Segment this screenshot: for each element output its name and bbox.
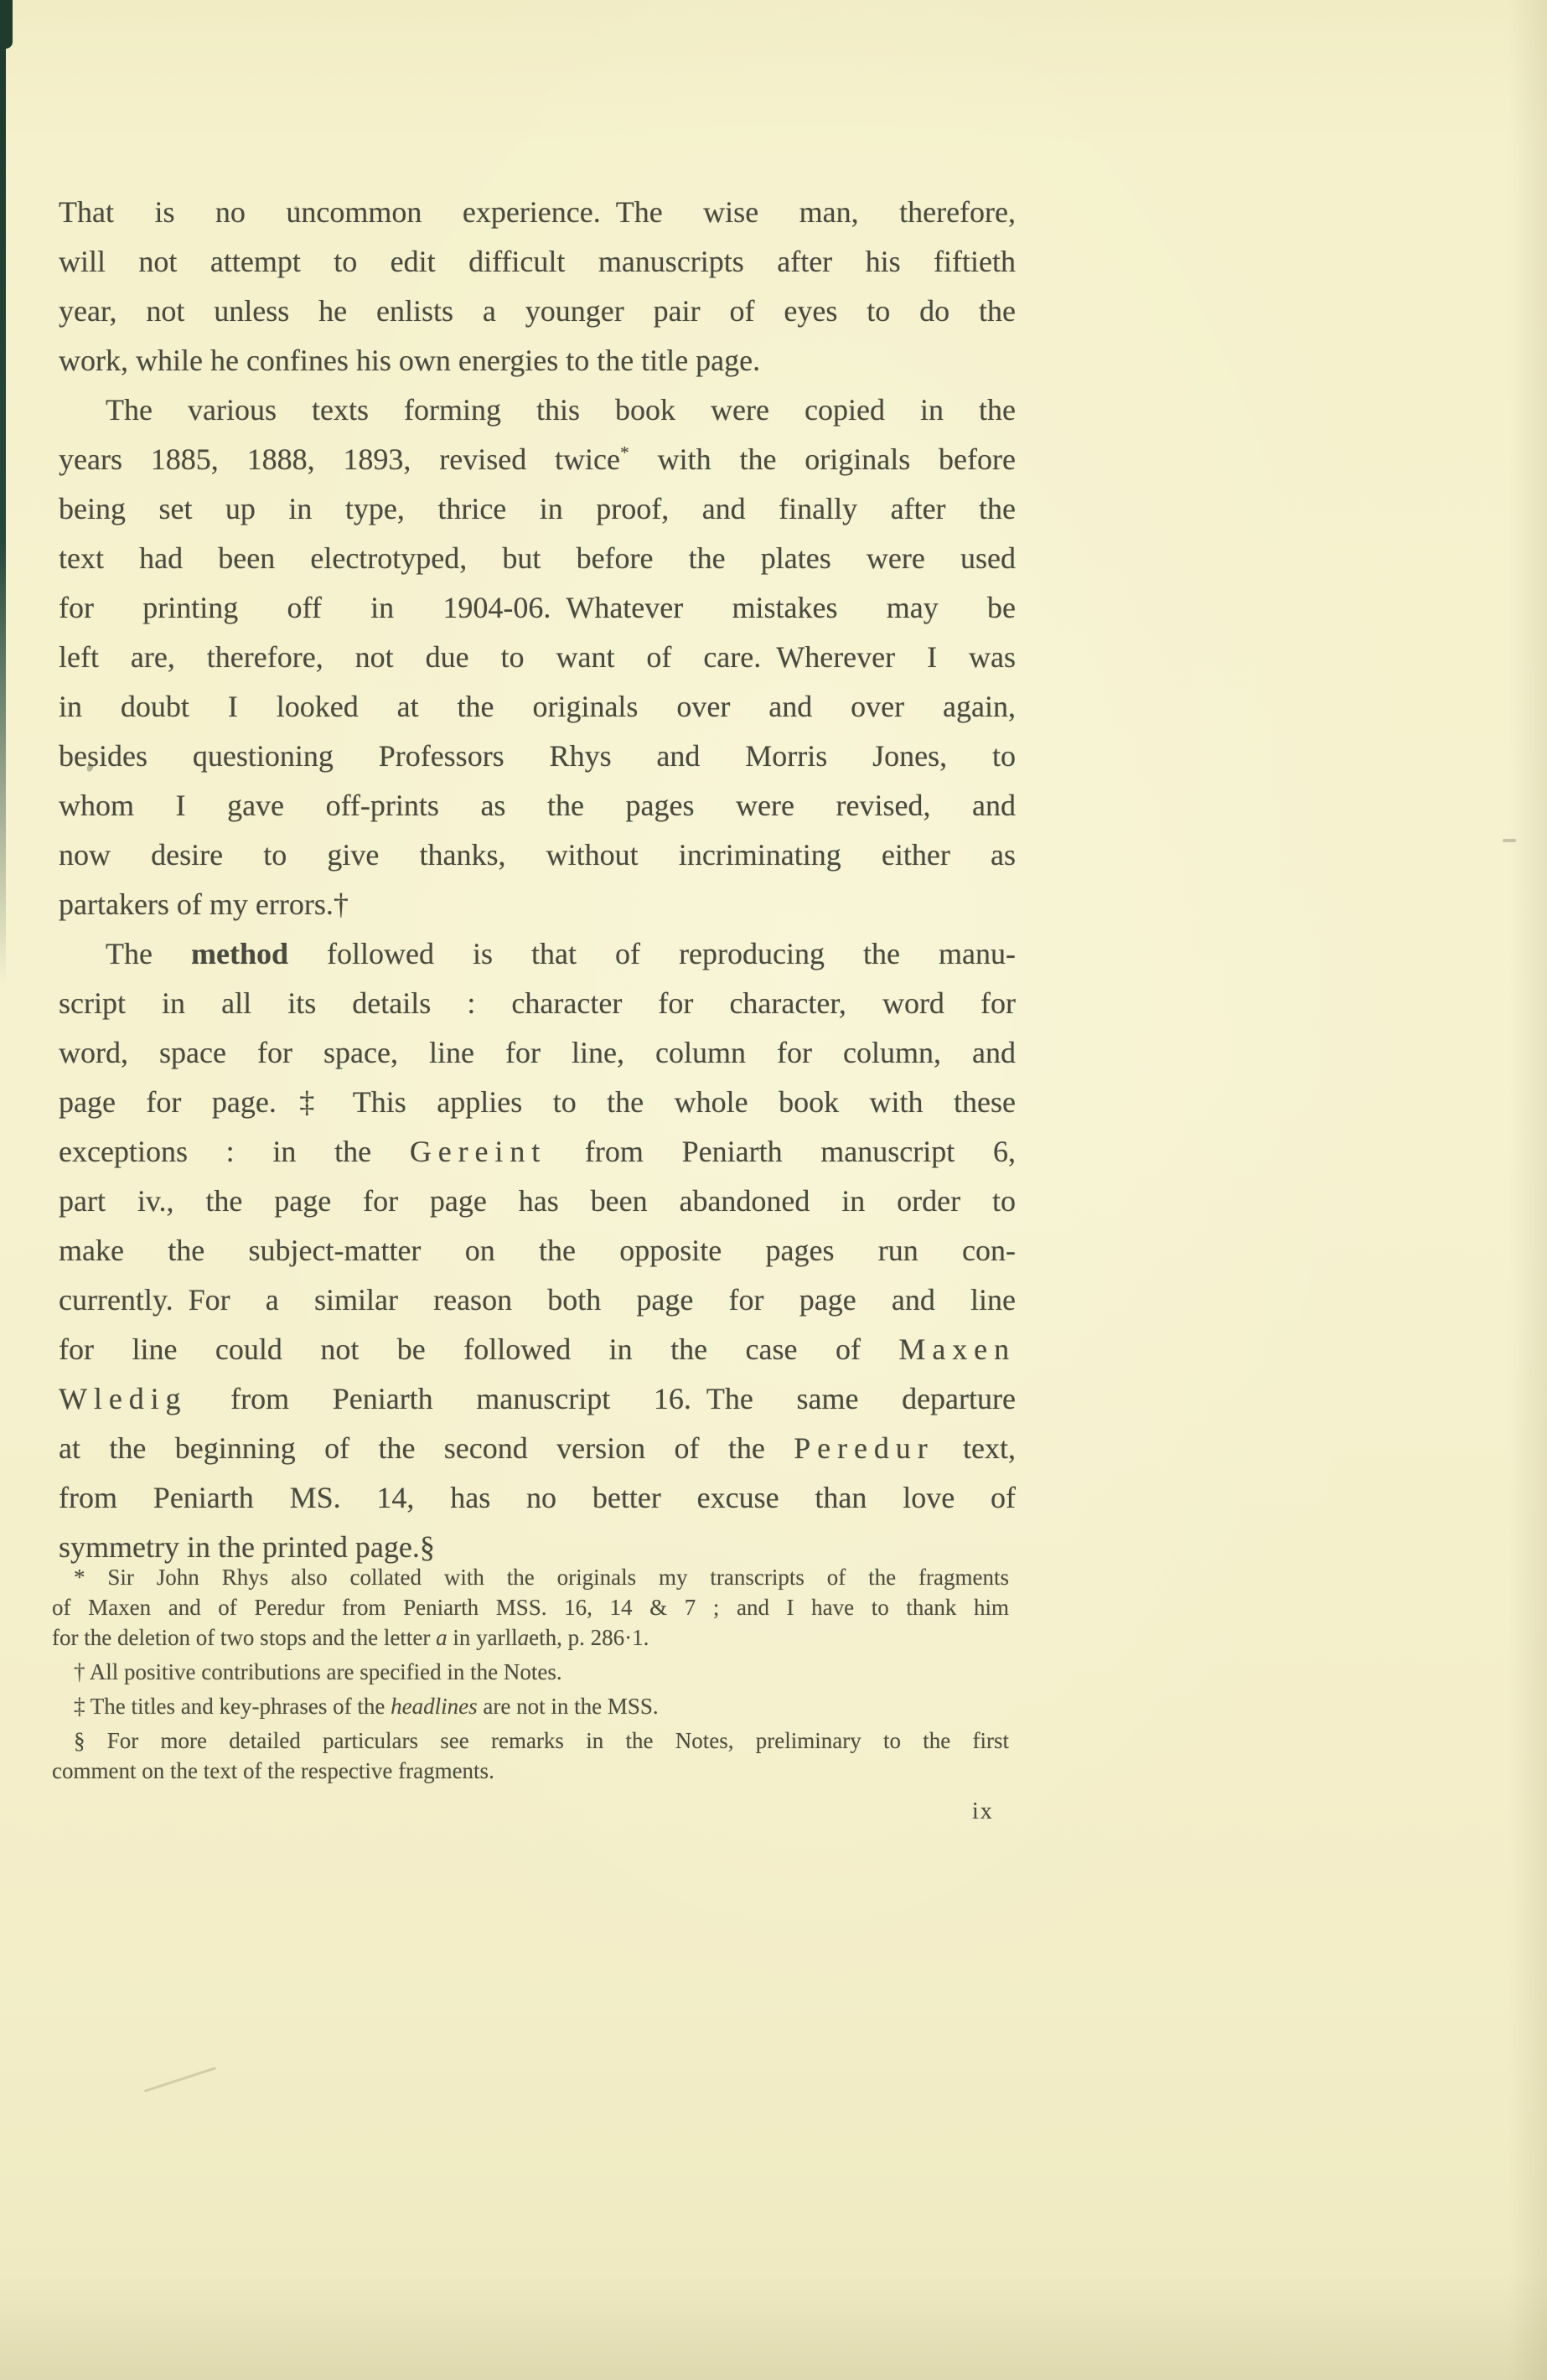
text-emphasis: Gereint	[410, 1135, 546, 1168]
text-line: years 1885, 1888, 1893, revised twice* w…	[59, 435, 1016, 484]
text-run: besides questioning Professors Rhys and …	[59, 739, 1016, 773]
text-line: will not attempt to edit difficult manus…	[59, 237, 1016, 287]
text-line: exceptions : in the Gereint from Peniart…	[59, 1127, 1016, 1177]
text-line: for the deletion of two stops and the le…	[52, 1622, 1009, 1653]
text-line: § For more detailed particulars see rema…	[52, 1725, 1009, 1756]
text-run: in doubt I looked at the originals over …	[59, 690, 1016, 723]
text-run: now desire to give thanks, without incri…	[59, 838, 1016, 872]
text-line: comment on the text of the respective fr…	[52, 1756, 1009, 1786]
text-line: text had been electrotyped, but before t…	[59, 534, 1016, 583]
text-line: page for page.‡ This applies to the whol…	[59, 1078, 1016, 1127]
text-emphasis: Peredur	[794, 1431, 934, 1465]
text-emphasis: headlines	[391, 1694, 477, 1719]
text-run: eth, p. 286·1.	[529, 1625, 649, 1650]
book-page-scan: That is no uncommon experience. The wise…	[0, 0, 1547, 2380]
text-run: exceptions : in the	[59, 1135, 410, 1168]
text-run: in yarll	[448, 1625, 518, 1650]
text-run: for the deletion of two stops and the le…	[52, 1625, 436, 1650]
text-run: page for page.‡ This applies to the whol…	[59, 1085, 1016, 1119]
text-run: comment on the text of the respective fr…	[52, 1758, 494, 1783]
text-line: besides questioning Professors Rhys and …	[59, 732, 1016, 781]
text-run: make the subject-matter on the opposite …	[59, 1234, 1016, 1267]
scan-binding-corner	[0, 0, 13, 49]
preface-body-text: That is no uncommon experience. The wise…	[59, 188, 1016, 1572]
footnote: * Sir John Rhys also collated with the o…	[52, 1562, 1009, 1653]
text-run: word, space for space, line for line, co…	[59, 1036, 1016, 1069]
footnote: ‡ The titles and key-phrases of the head…	[52, 1691, 1009, 1721]
text-run: The	[106, 937, 191, 970]
text-run: from Peniarth manuscript 6,	[546, 1135, 1016, 1168]
footnote: § For more detailed particulars see rema…	[52, 1725, 1009, 1786]
text-emphasis: Maxen	[898, 1332, 1016, 1366]
page-edge-shadow-bottom	[0, 2271, 1547, 2380]
text-run: years 1885, 1888, 1893, revised twice	[59, 442, 620, 476]
text-run: from Peniarth manuscript 16. The same de…	[187, 1382, 1016, 1415]
text-line: * Sir John Rhys also collated with the o…	[52, 1562, 1009, 1592]
text-line: at the beginning of the second version o…	[59, 1424, 1016, 1473]
text-run: text had been electrotyped, but before t…	[59, 541, 1016, 575]
text-run: work, while he confines his own energies…	[59, 344, 760, 377]
text-line: The method followed is that of reproduci…	[59, 929, 1016, 979]
text-run: for line could not be followed in the ca…	[59, 1332, 898, 1366]
footnote: † All positive contributions are specifi…	[52, 1657, 1009, 1687]
text-line: now desire to give thanks, without incri…	[59, 830, 1016, 880]
text-run: That is no uncommon experience. The wise…	[59, 195, 1016, 229]
text-line: script in all its details : character fo…	[59, 979, 1016, 1028]
text-line: for printing off in 1904-06. Whatever mi…	[59, 583, 1016, 633]
text-line: part iv., the page for page has been aba…	[59, 1177, 1016, 1226]
text-run: currently. For a similar reason both pag…	[59, 1283, 1016, 1317]
text-line: for line could not be followed in the ca…	[59, 1325, 1016, 1374]
text-run: text,	[934, 1431, 1016, 1465]
text-run: year, not unless he enlists a younger pa…	[59, 294, 1016, 328]
text-run: at the beginning of the second version o…	[59, 1431, 794, 1465]
text-line: left are, therefore, not due to want of …	[59, 633, 1016, 682]
text-run: ‡ The titles and key-phrases of the	[74, 1694, 391, 1719]
text-line: † All positive contributions are specifi…	[52, 1657, 1009, 1687]
text-run: § For more detailed particulars see rema…	[74, 1728, 1009, 1753]
text-run: The various texts forming this book were…	[106, 393, 1016, 427]
text-run: script in all its details : character fo…	[59, 986, 1016, 1020]
text-emphasis: a	[436, 1625, 448, 1650]
paragraph: The method followed is that of reproduci…	[59, 929, 1016, 1572]
text-run: will not attempt to edit difficult manus…	[59, 245, 1016, 278]
text-run: part iv., the page for page has been aba…	[59, 1184, 1016, 1218]
text-line: partakers of my errors.†	[59, 880, 1016, 929]
text-run: † All positive contributions are specifi…	[74, 1659, 562, 1684]
paragraph: That is no uncommon experience. The wise…	[59, 188, 1016, 385]
text-line: That is no uncommon experience. The wise…	[59, 188, 1016, 237]
text-line: make the subject-matter on the opposite …	[59, 1226, 1016, 1275]
scan-speck	[1503, 839, 1516, 842]
scan-binding-edge	[0, 0, 6, 985]
page-edge-shadow-right	[1508, 0, 1547, 2380]
text-line: currently. For a similar reason both pag…	[59, 1275, 1016, 1325]
text-run: are not in the MSS.	[478, 1694, 659, 1719]
text-run: from Peniarth MS. 14, has no better excu…	[59, 1481, 1016, 1514]
text-run: whom I gave off-prints as the pages were…	[59, 789, 1016, 822]
text-run: followed is that of reproducing the manu…	[288, 937, 1016, 970]
text-run: symmetry in the printed page.§	[59, 1530, 435, 1564]
text-emphasis: a	[518, 1625, 530, 1650]
text-run: of Maxen and of Peredur from Peniarth MS…	[52, 1595, 1009, 1620]
text-line: of Maxen and of Peredur from Peniarth MS…	[52, 1592, 1009, 1622]
text-line: being set up in type, thrice in proof, a…	[59, 484, 1016, 534]
scan-scratch	[144, 2067, 217, 2093]
text-run: partakers of my errors.†	[59, 887, 349, 921]
text-line: year, not unless he enlists a younger pa…	[59, 287, 1016, 336]
text-line: whom I gave off-prints as the pages were…	[59, 781, 1016, 830]
text-run: with the originals before	[629, 442, 1016, 476]
paragraph: The various texts forming this book were…	[59, 385, 1016, 929]
text-line: from Peniarth MS. 14, has no better excu…	[59, 1473, 1016, 1523]
text-line: ‡ The titles and key-phrases of the head…	[52, 1691, 1009, 1721]
text-run: left are, therefore, not due to want of …	[59, 640, 1016, 674]
text-run: * Sir John Rhys also collated with the o…	[74, 1565, 1009, 1590]
text-emphasis: *	[620, 442, 629, 463]
text-emphasis: Wledig	[59, 1382, 187, 1415]
text-line: in doubt I looked at the originals over …	[59, 682, 1016, 732]
text-line: work, while he confines his own energies…	[59, 336, 1016, 385]
text-line: word, space for space, line for line, co…	[59, 1028, 1016, 1078]
text-line: Wledig from Peniarth manuscript 16. The …	[59, 1374, 1016, 1424]
footnotes-block: * Sir John Rhys also collated with the o…	[52, 1562, 1009, 1786]
text-run: being set up in type, thrice in proof, a…	[59, 492, 1016, 525]
text-run: for printing off in 1904-06. Whatever mi…	[59, 591, 1016, 624]
page-number: ix	[972, 1798, 994, 1825]
text-emphasis: method	[191, 937, 288, 970]
text-line: The various texts forming this book were…	[59, 385, 1016, 435]
